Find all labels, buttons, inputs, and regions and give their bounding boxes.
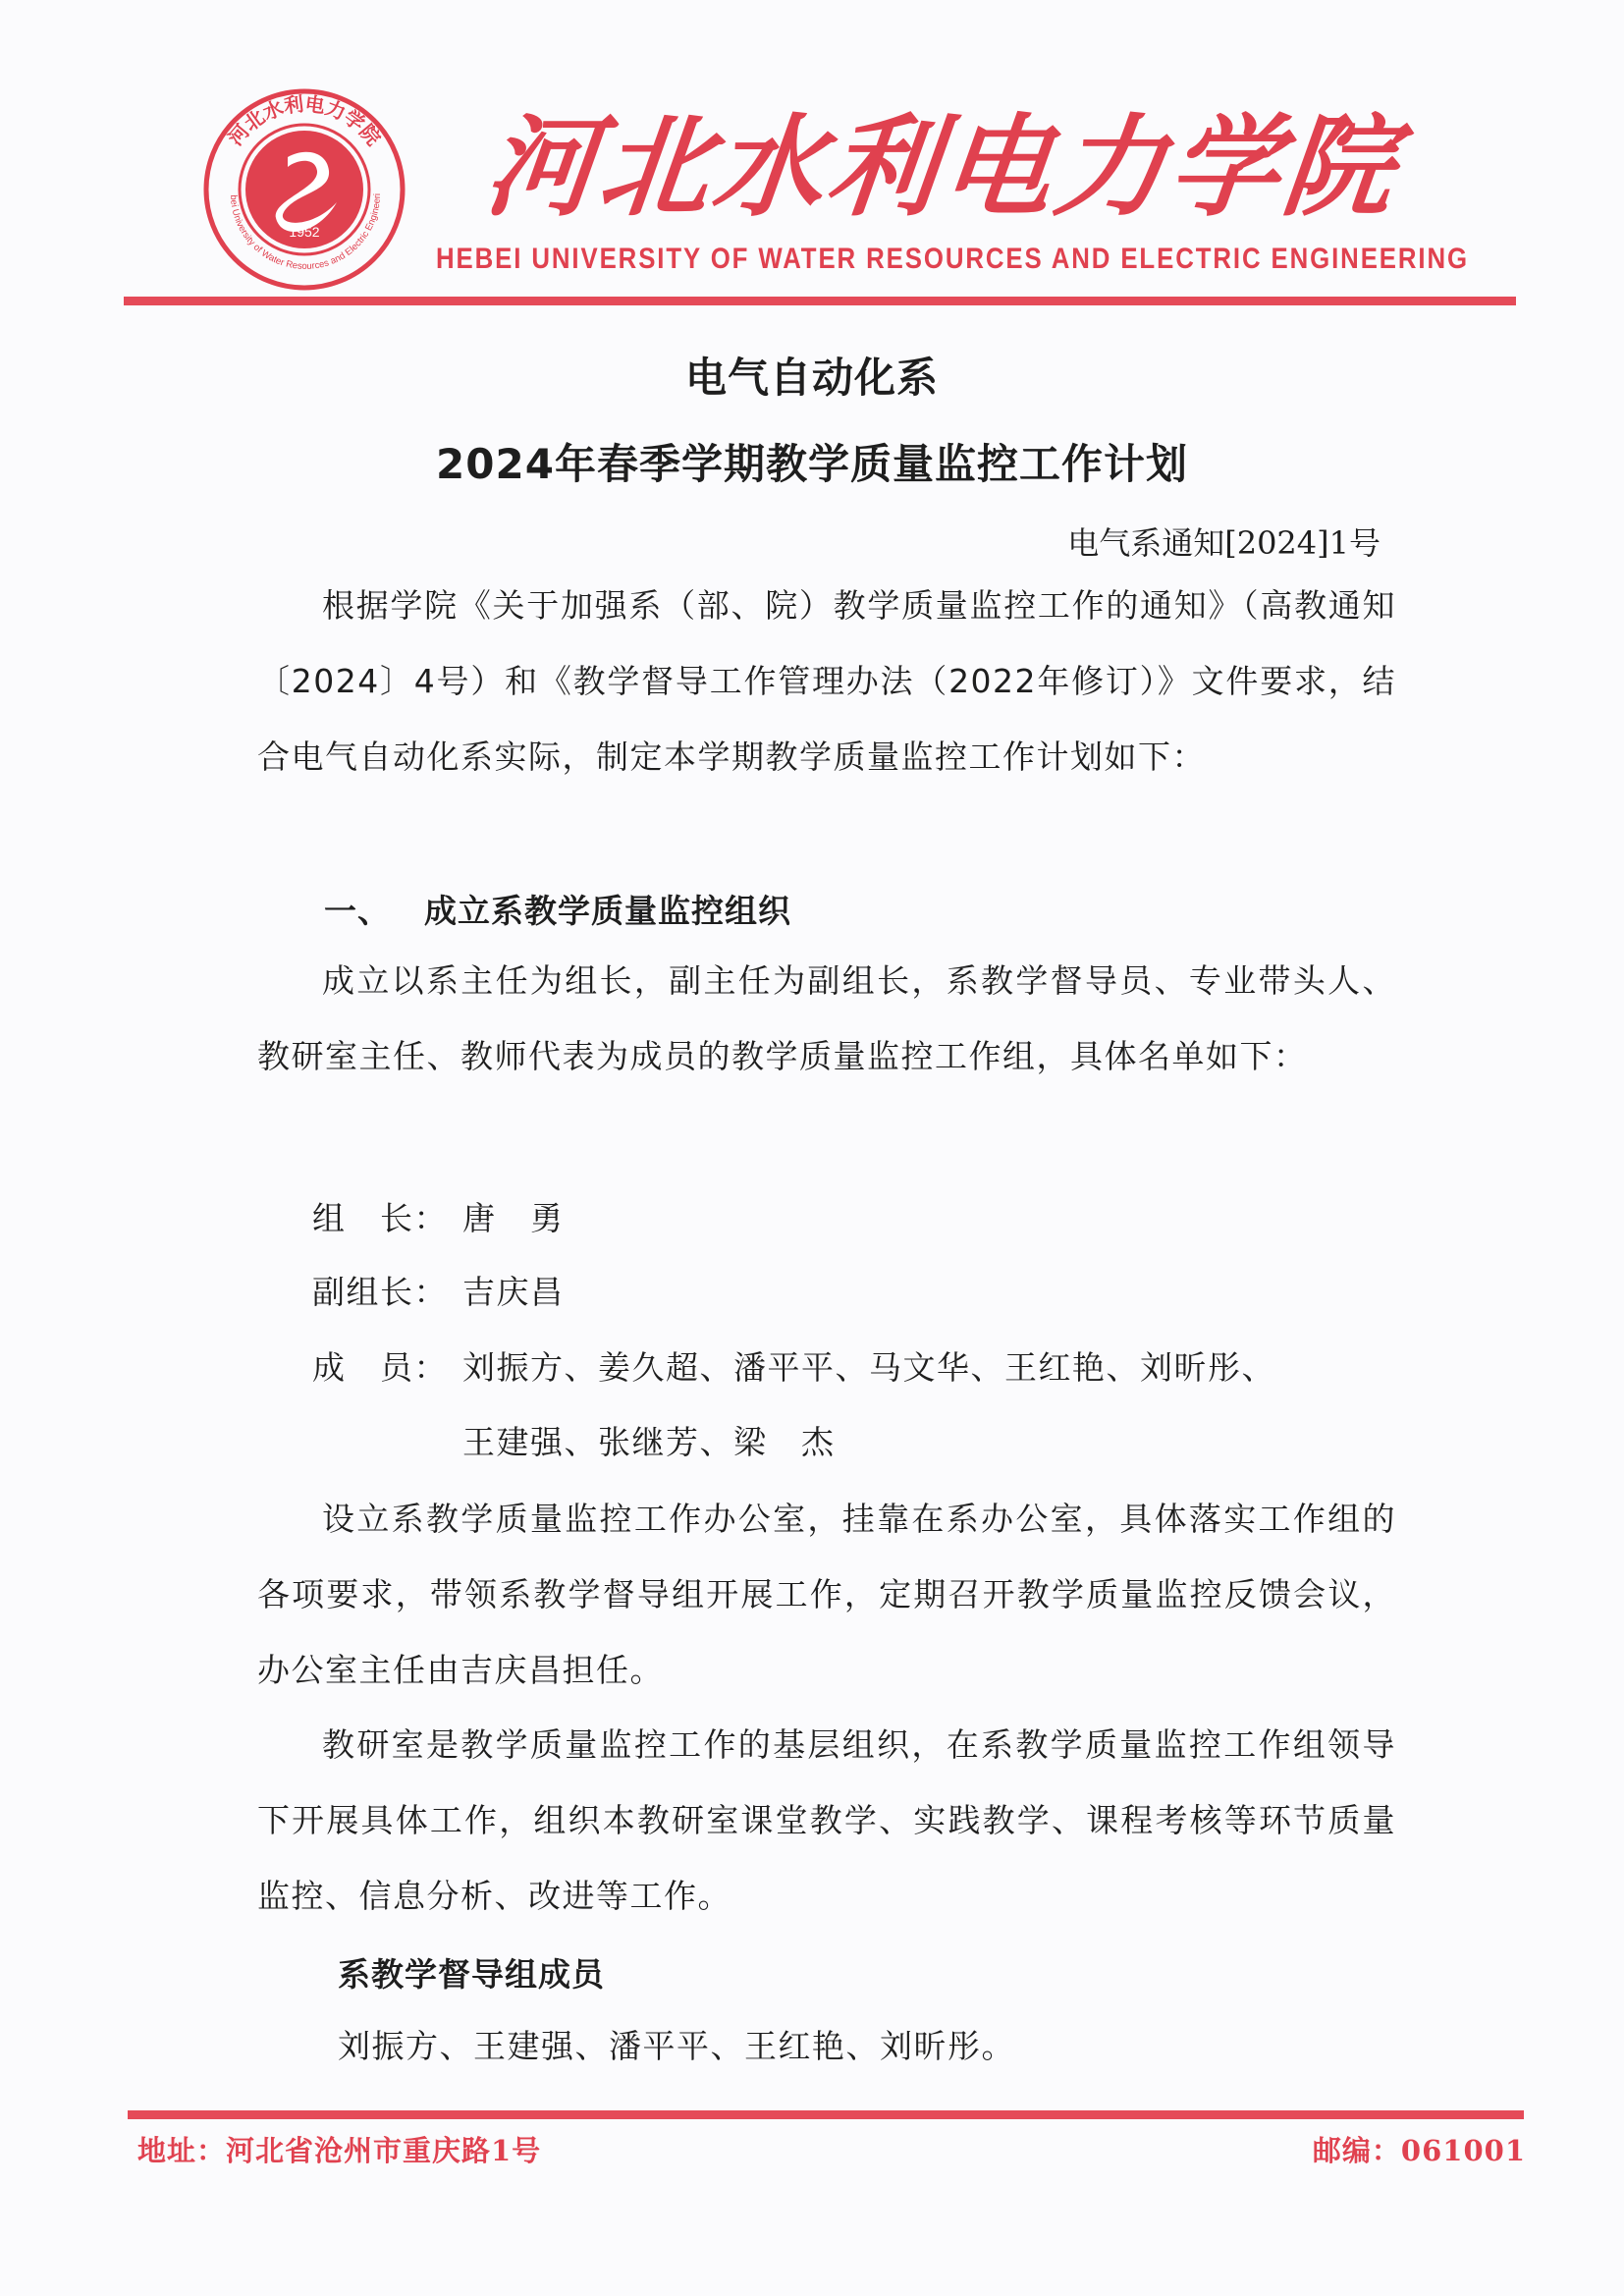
roster-names: 吉庆昌 [462,1273,565,1311]
document-title: 2024年春季学期教学质量监控工作计划 [0,432,1624,491]
supervision-members: 刘振方、王建强、潘平平、王红艳、刘昕彤。 [338,2021,1015,2067]
section-heading-number: 一、 [324,886,391,932]
roster-label: 成 员： [312,1342,462,1389]
logo-year: 1952 [289,224,319,240]
roster-names: 王建强、张继芳、梁 杰 [462,1423,836,1461]
brand-name-cn: 河北水利电力学院 [478,96,1377,239]
roster-label: 副组长： [312,1267,462,1313]
supervision-heading: 系教学督导组成员 [338,1949,605,1995]
footer-rule [128,2110,1524,2119]
document-number: 电气系通知[2024]1号 [1067,519,1380,564]
roster-leader: 组 长：唐 勇 [312,1193,565,1239]
intro-paragraph: 根据学院《关于加强系（部、院）教学质量监控工作的通知》（高教通知〔2024〕4号… [257,568,1396,794]
section1-paragraph-1: 成立以系主任为组长，副主任为副组长，系教学督导员、专业带头人、教研室主任、教师代… [257,943,1396,1094]
footer-address: 地址：河北省沧州市重庆路1号 [137,2129,541,2169]
department-title: 电气自动化系 [0,346,1624,405]
roster-names: 刘振方、姜久超、潘平平、马文华、王红艳、刘昕彤、 [462,1348,1275,1387]
section1-paragraph-2: 设立系教学质量监控工作办公室，挂靠在系办公室，具体落实工作组的各项要求，带领系教… [257,1481,1396,1708]
section-heading-text: 成立系教学质量监控组织 [424,886,791,932]
roster-deputy: 副组长：吉庆昌 [312,1267,565,1313]
brand-name-en: HEBEI UNIVERSITY OF WATER RESOURCES AND … [436,243,1297,276]
roster-names: 唐 勇 [462,1199,565,1237]
section1-paragraph-3: 教研室是教学质量监控工作的基层组织，在系教学质量监控工作组领导下开展具体工作，组… [257,1707,1396,1934]
footer-postcode: 邮编：061001 [1313,2129,1526,2169]
university-logo: 河北水利电力学院 Hebei University of Water Resou… [201,86,407,293]
roster-members: 成 员：刘振方、姜久超、潘平平、马文华、王红艳、刘昕彤、 [312,1342,1275,1389]
header-rule [124,297,1516,305]
roster-label: 组 长： [312,1193,462,1239]
roster-members-cont: 王建强、张继芳、梁 杰 [312,1417,836,1463]
